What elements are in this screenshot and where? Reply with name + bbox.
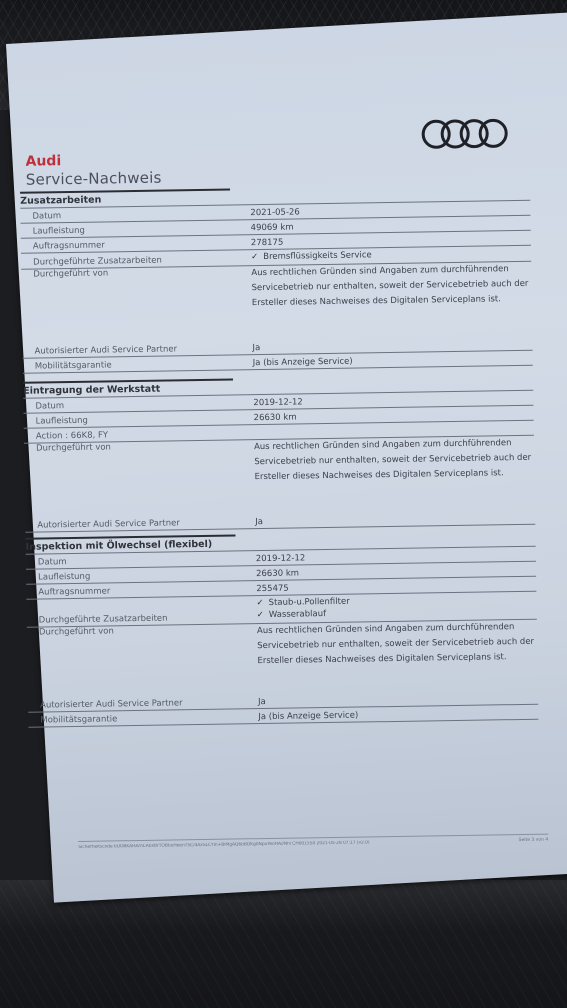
- row-value: Ja (bis Anzeige Service): [253, 354, 533, 369]
- row-value: 26630 km: [254, 412, 297, 423]
- row-label: Mobilitätsgarantie: [28, 712, 258, 727]
- row-value: 49069 km: [251, 223, 294, 234]
- row-value: Ja: [255, 513, 535, 528]
- note-line: Ersteller dieses Nachweises des Digitale…: [254, 466, 534, 485]
- row-value: 2019-12-12: [253, 397, 303, 408]
- row-label: Autorisierter Audi Service Partner: [25, 517, 255, 532]
- check-item: Wasserablauf: [269, 609, 326, 620]
- row-label: Mobilitätsgarantie: [23, 358, 253, 373]
- document-title: Service-Nachweis: [26, 169, 162, 189]
- row-value: Ja (bis Anzeige Service): [258, 708, 538, 723]
- document-id: CH001550: [292, 841, 315, 846]
- note-line: Ersteller dieses Nachweises des Digitale…: [257, 650, 537, 669]
- table-row: Durchgeführt vonAus rechtlichen Gründen …: [21, 262, 532, 316]
- brand-name: Audi: [25, 152, 161, 170]
- table-row: Durchgeführt vonAus rechtlichen Gründen …: [27, 620, 538, 674]
- section-1: Eintragung der WerkstattDatum2019-12-12L…: [23, 374, 535, 533]
- security-code-line: Sicherheitscode bUOBKAHAmCAbxBrTOBbuHeen…: [78, 838, 498, 850]
- security-code-label: Sicherheitscode: [78, 844, 112, 850]
- service-record-page: Audi Service-Nachweis ZusatzarbeitenDatu…: [6, 53, 567, 892]
- row-value: 2021-05-26: [250, 207, 300, 218]
- document-footer: Sicherheitscode bUOBKAHAmCAbxBrTOBbuHeen…: [78, 834, 548, 850]
- check-item: Bremsflüssigkeits Service: [263, 250, 372, 262]
- row-value: 278175: [251, 238, 284, 249]
- checkmark-icon: ✓: [257, 610, 264, 620]
- section-0: ZusatzarbeitenDatum2021-05-26Laufleistun…: [20, 184, 533, 374]
- checkmark-icon: ✓: [256, 598, 263, 608]
- security-code-value: bUOBKAHAmCAbxBrTOBbuHeenTSC/4AxSLCYIn+Bi…: [114, 842, 291, 850]
- row-value: 255475: [256, 584, 289, 595]
- row-value: 2019-12-12: [256, 553, 306, 564]
- section-2: Inspektion mit Ölwechsel (flexibel)Datum…: [25, 530, 538, 728]
- note-line: Ersteller dieses Nachweises des Digitale…: [252, 292, 532, 311]
- row-label: Durchgeführt von: [21, 266, 251, 281]
- row-value: 26630 km: [256, 568, 299, 579]
- check-item: Staub-u.Pollenfilter: [269, 597, 350, 608]
- row-label: Durchgeführt von: [24, 440, 254, 455]
- checkmark-icon: ✓: [251, 252, 258, 262]
- table-row: Durchgeführt vonAus rechtlichen Gründen …: [24, 436, 535, 490]
- row-label: Durchgeführt von: [27, 624, 257, 639]
- page-number: Seite 3 von 4: [519, 838, 549, 843]
- audi-rings-icon: [419, 116, 512, 151]
- document-header: Audi Service-Nachweis: [25, 152, 161, 189]
- print-timestamp: 2021-05-28 07:17 (v2.0): [317, 840, 370, 846]
